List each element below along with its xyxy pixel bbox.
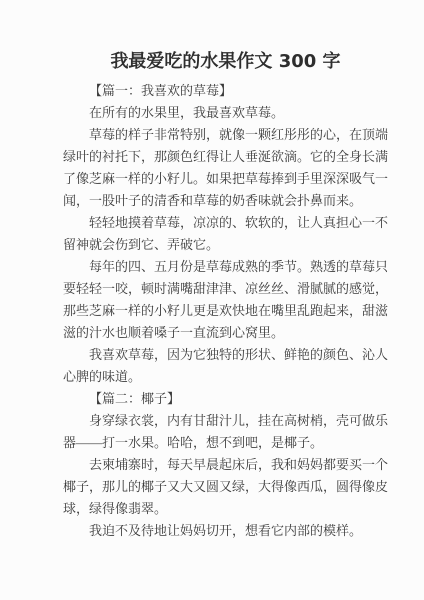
section-1-paragraph-4: 每年的四、五月份是草莓成熟的季节。熟透的草莓只要轻轻一咬，顿时满嘴甜津津、凉丝丝… (63, 256, 388, 344)
section-2-paragraph-3: 我迫不及待地让妈妈切开，想看它内部的模样。 (63, 520, 388, 542)
section-2-paragraph-2: 去柬埔寨时，每天早晨起床后，我和妈妈都要买一个椰子，那儿的椰子又大又圆又绿，大得… (63, 454, 388, 520)
document-page: 我最爱吃的水果作文 300 字 【篇一：我喜欢的草莓】 在所有的水果里，我最喜欢… (0, 0, 424, 600)
section-1-paragraph-3: 轻轻地摸着草莓，凉凉的、软软的，让人真担心一不留神就会伤到它、弄破它。 (63, 212, 388, 256)
section-2-heading: 【篇二：椰子】 (63, 388, 388, 410)
essay-title: 我最爱吃的水果作文 300 字 (63, 50, 388, 74)
section-2-paragraph-1: 身穿绿衣裳，内有甘甜汁儿，挂在高树梢，壳可做乐器——打一水果。哈哈，想不到吧，是… (63, 410, 388, 454)
essay-body: 【篇一：我喜欢的草莓】 在所有的水果里，我最喜欢草莓。 草莓的样子非常特别，就像… (63, 80, 388, 542)
section-1-paragraph-1: 在所有的水果里，我最喜欢草莓。 (63, 102, 388, 124)
section-1-heading: 【篇一：我喜欢的草莓】 (63, 80, 388, 102)
section-1-paragraph-2: 草莓的样子非常特别，就像一颗红彤彤的心，在顶端绿叶的衬托下，那颜色红得让人垂涎欲… (63, 124, 388, 212)
section-1-paragraph-5: 我喜欢草莓，因为它独特的形状、鲜艳的颜色、沁人心脾的味道。 (63, 344, 388, 388)
